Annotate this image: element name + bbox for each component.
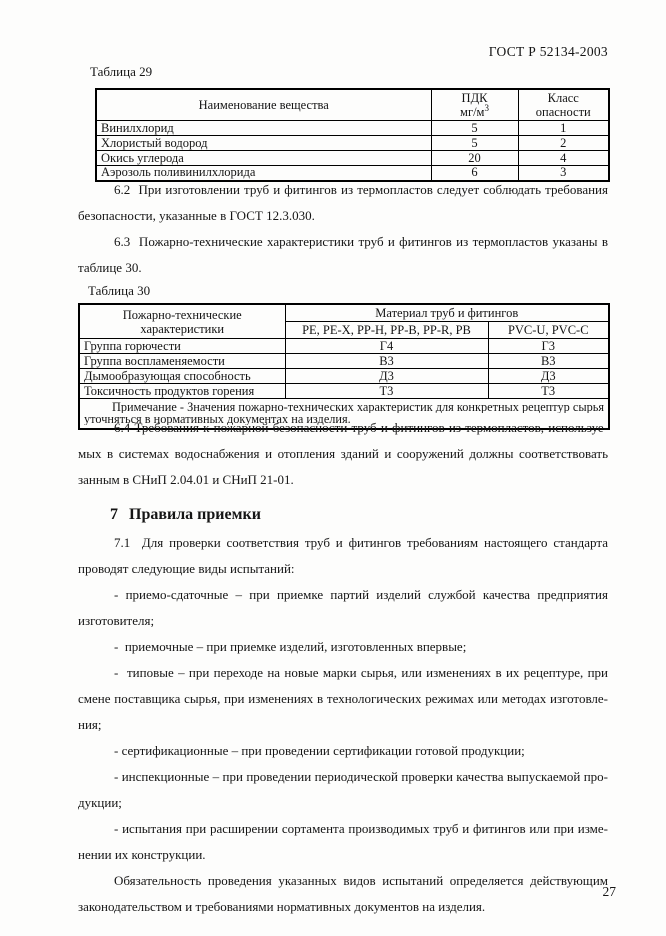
cell-value-pe: В3 (285, 354, 488, 369)
header-line: опасности (521, 105, 607, 119)
column-header-characteristics: Пожарно-технические характеристики (79, 304, 285, 339)
note-line: Примечание - Значения пожарно-технически… (84, 401, 604, 413)
cell-value-pvc: В3 (488, 354, 609, 369)
header-line: Класс (521, 91, 607, 105)
cell-value-pe: Д3 (285, 369, 488, 384)
text-line: таблице 30. (78, 255, 608, 281)
cell-value-pvc: Д3 (488, 369, 609, 384)
cell-substance: Хлористый водород (96, 136, 431, 151)
table-row: Окись углерода 20 4 (96, 151, 609, 166)
table29-header-row: Наименование вещества ПДК мг/м3 Класс оп… (96, 89, 609, 121)
text-line: проводят следующие виды испытаний: (78, 556, 608, 582)
table-row: Винилхлорид 5 1 (96, 121, 609, 136)
section-heading: 7Правила приемки (110, 502, 261, 528)
header-line: ПДК (434, 91, 516, 105)
cell-characteristic: Дымообразующая способность (79, 369, 285, 384)
cell-value-pvc: Г3 (488, 339, 609, 354)
paragraph-obligation: Обязательность проведения указанных видо… (78, 868, 608, 920)
table-row: Дымообразующая способность Д3 Д3 (79, 369, 609, 384)
cell-hazard-class: 4 (518, 151, 609, 166)
cell-hazard-class: 2 (518, 136, 609, 151)
text-line: изготовителя; (78, 608, 608, 634)
cell-value-pe: Г4 (285, 339, 488, 354)
text-line: - испытания при расширении сортамента пр… (78, 816, 608, 842)
pdk-unit-superscript: 3 (484, 103, 489, 113)
text-line: Обязательность проведения указанных видо… (78, 868, 608, 894)
table30-label: Таблица 30 (88, 283, 150, 299)
cell-hazard-class: 1 (518, 121, 609, 136)
text-line: - типовые – при переходе на новые марки … (78, 660, 608, 686)
list-item-inspection: - инспекционные – при проведении периоди… (78, 764, 608, 816)
table30-header-row-1: Пожарно-технические характеристики Матер… (79, 304, 609, 322)
cell-characteristic: Группа горючести (79, 339, 285, 354)
text-line: безопасности, указанные в ГОСТ 12.3.030. (78, 203, 608, 229)
text-line: смене поставщика сырья, при изменениях в… (78, 686, 608, 712)
table-30: Пожарно-технические характеристики Матер… (78, 303, 610, 430)
text-line: нении их конструкции. (78, 842, 608, 868)
text-line: - инспекционные – при проведении периоди… (78, 764, 608, 790)
table-row: Токсичность продуктов горения Т3 Т3 (79, 384, 609, 399)
section-title: Правила приемки (129, 506, 261, 523)
text-line: - сертификационные – при проведении серт… (78, 738, 608, 764)
column-header-substance: Наименование вещества (96, 89, 431, 121)
column-header-material-pe: PE, PE-X, PP-H, PP-B, PP-R, PB (285, 322, 488, 339)
text-line: - приемо-сдаточные – при приемке партий … (78, 582, 608, 608)
paragraph-7-1: 7.1 Для проверки соответствия труб и фит… (78, 530, 608, 582)
paragraph-6-2: 6.2 При изготовлении труб и фитингов из … (78, 177, 608, 229)
table-29: Наименование вещества ПДК мг/м3 Класс оп… (95, 88, 610, 182)
text-line: ния; (78, 712, 608, 738)
column-header-material-group: Материал труб и фитингов (285, 304, 609, 322)
table-row: Группа горючести Г4 Г3 (79, 339, 609, 354)
text-line: - приемочные – при приемке изделий, изго… (78, 634, 608, 660)
document-page: ГОСТ Р 52134-2003 Таблица 29 Наименовани… (0, 0, 666, 936)
doc-reference: ГОСТ Р 52134-2003 (78, 44, 608, 60)
header-line: характеристики (82, 322, 283, 336)
list-item-range-extension: - испытания при расширении сортамента пр… (78, 816, 608, 868)
header-line: мг/м3 (434, 105, 516, 119)
paragraph-6-4: 6.4 Требования к пожарной безопасности т… (78, 415, 608, 493)
cell-characteristic: Группа воспламеняемости (79, 354, 285, 369)
table-row: Хлористый водород 5 2 (96, 136, 609, 151)
column-header-material-pvc: PVC-U, PVC-C (488, 322, 609, 339)
page-number: 27 (603, 884, 617, 900)
text-line: 6.3 Пожарно-технические характеристики т… (78, 229, 608, 255)
cell-characteristic: Токсичность продуктов горения (79, 384, 285, 399)
cell-pdk: 5 (431, 136, 518, 151)
table-row: Группа воспламеняемости В3 В3 (79, 354, 609, 369)
cell-substance: Винилхлорид (96, 121, 431, 136)
pdk-unit: мг/м (460, 105, 484, 119)
text-line: 6.2 При изготовлении труб и фитингов из … (78, 177, 608, 203)
text-line: дукции; (78, 790, 608, 816)
cell-value-pvc: Т3 (488, 384, 609, 399)
text-line: законодательством и требованиями нормати… (78, 894, 608, 920)
cell-pdk: 5 (431, 121, 518, 136)
cell-substance: Окись углерода (96, 151, 431, 166)
header-line: Пожарно-технические (82, 308, 283, 322)
cell-value-pe: Т3 (285, 384, 488, 399)
text-line: 7.1 Для проверки соответствия труб и фит… (78, 530, 608, 556)
paragraph-6-3: 6.3 Пожарно-технические характеристики т… (78, 229, 608, 281)
list-item-acceptance: - приемо-сдаточные – при приемке партий … (78, 582, 608, 634)
section-number: 7 (110, 506, 118, 523)
cell-pdk: 20 (431, 151, 518, 166)
column-header-pdk: ПДК мг/м3 (431, 89, 518, 121)
list-item-type: - типовые – при переходе на новые марки … (78, 660, 608, 738)
list-item-qualification: - приемочные – при приемке изделий, изго… (78, 634, 608, 660)
text-line: занным в СНиП 2.04.01 и СНиП 21-01. (78, 467, 608, 493)
list-item-certification: - сертификационные – при проведении серт… (78, 738, 608, 764)
column-header-hazard-class: Класс опасности (518, 89, 609, 121)
text-line: 6.4 Требования к пожарной безопасности т… (78, 415, 608, 441)
text-line: мых в системах водоснабжения и отопления… (78, 441, 608, 467)
table29-label: Таблица 29 (90, 64, 152, 80)
